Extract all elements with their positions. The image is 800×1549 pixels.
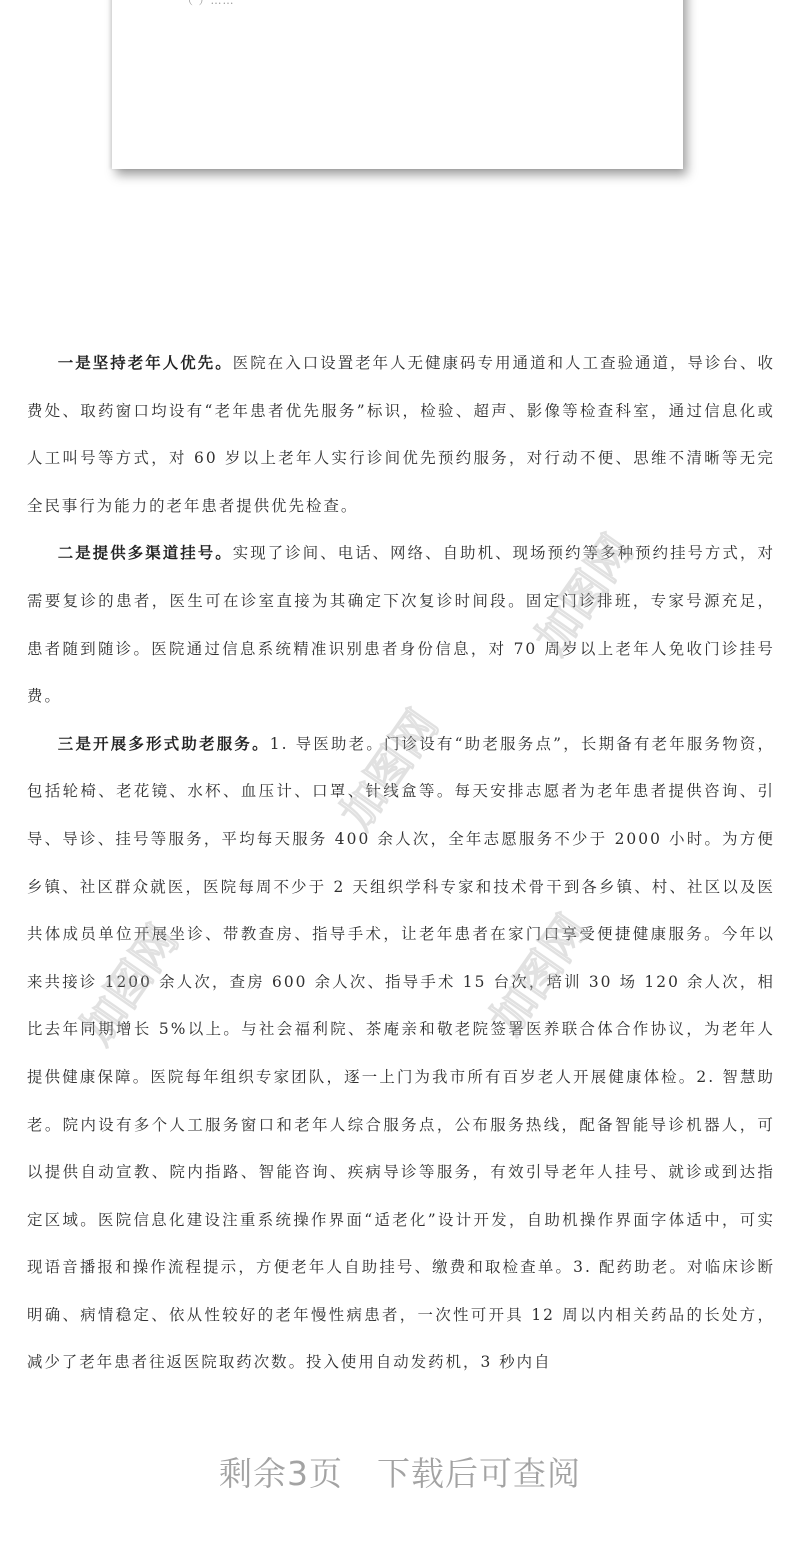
paragraph-body: 1. 导医助老。门诊设有“助老服务点”，长期备有老年服务物资，包括轮椅、老花镜、… — [27, 735, 775, 1372]
paragraph-body: 实现了诊间、电话、网络、自助机、现场预约等多种预约挂号方式，对需要复诊的患者，医… — [27, 544, 775, 705]
document-body: 一是坚持老年人优先。医院在入口设置老年人无健康码专用通道和人工查验通道，导诊台、… — [27, 340, 775, 1387]
paragraph-lead: 三是开展多形式助老服务。 — [58, 735, 270, 753]
paragraph-elderly-assistance: 三是开展多形式助老服务。1. 导医助老。门诊设有“助老服务点”，长期备有老年服务… — [27, 721, 775, 1387]
paragraph-body: 医院在入口设置老年人无健康码专用通道和人工查验通道，导诊台、收费处、取药窗口均设… — [27, 354, 775, 515]
remaining-pages-label: 剩余3页 — [219, 1454, 343, 1493]
paragraph-multi-channel-registration: 二是提供多渠道挂号。实现了诊间、电话、网络、自助机、现场预约等多种预约挂号方式，… — [27, 530, 775, 720]
download-hint-label: 下载后可查阅 — [377, 1454, 581, 1493]
previous-page-preview: （ ）…… — [112, 0, 683, 169]
truncated-line: （ ）…… — [182, 0, 235, 8]
paragraph-lead: 二是提供多渠道挂号。 — [58, 544, 233, 562]
paragraph-lead: 一是坚持老年人优先。 — [58, 354, 233, 372]
download-to-read-more[interactable]: 剩余3页下载后可查阅 — [0, 1448, 800, 1495]
paragraph-elderly-priority: 一是坚持老年人优先。医院在入口设置老年人无健康码专用通道和人工查验通道，导诊台、… — [27, 340, 775, 530]
